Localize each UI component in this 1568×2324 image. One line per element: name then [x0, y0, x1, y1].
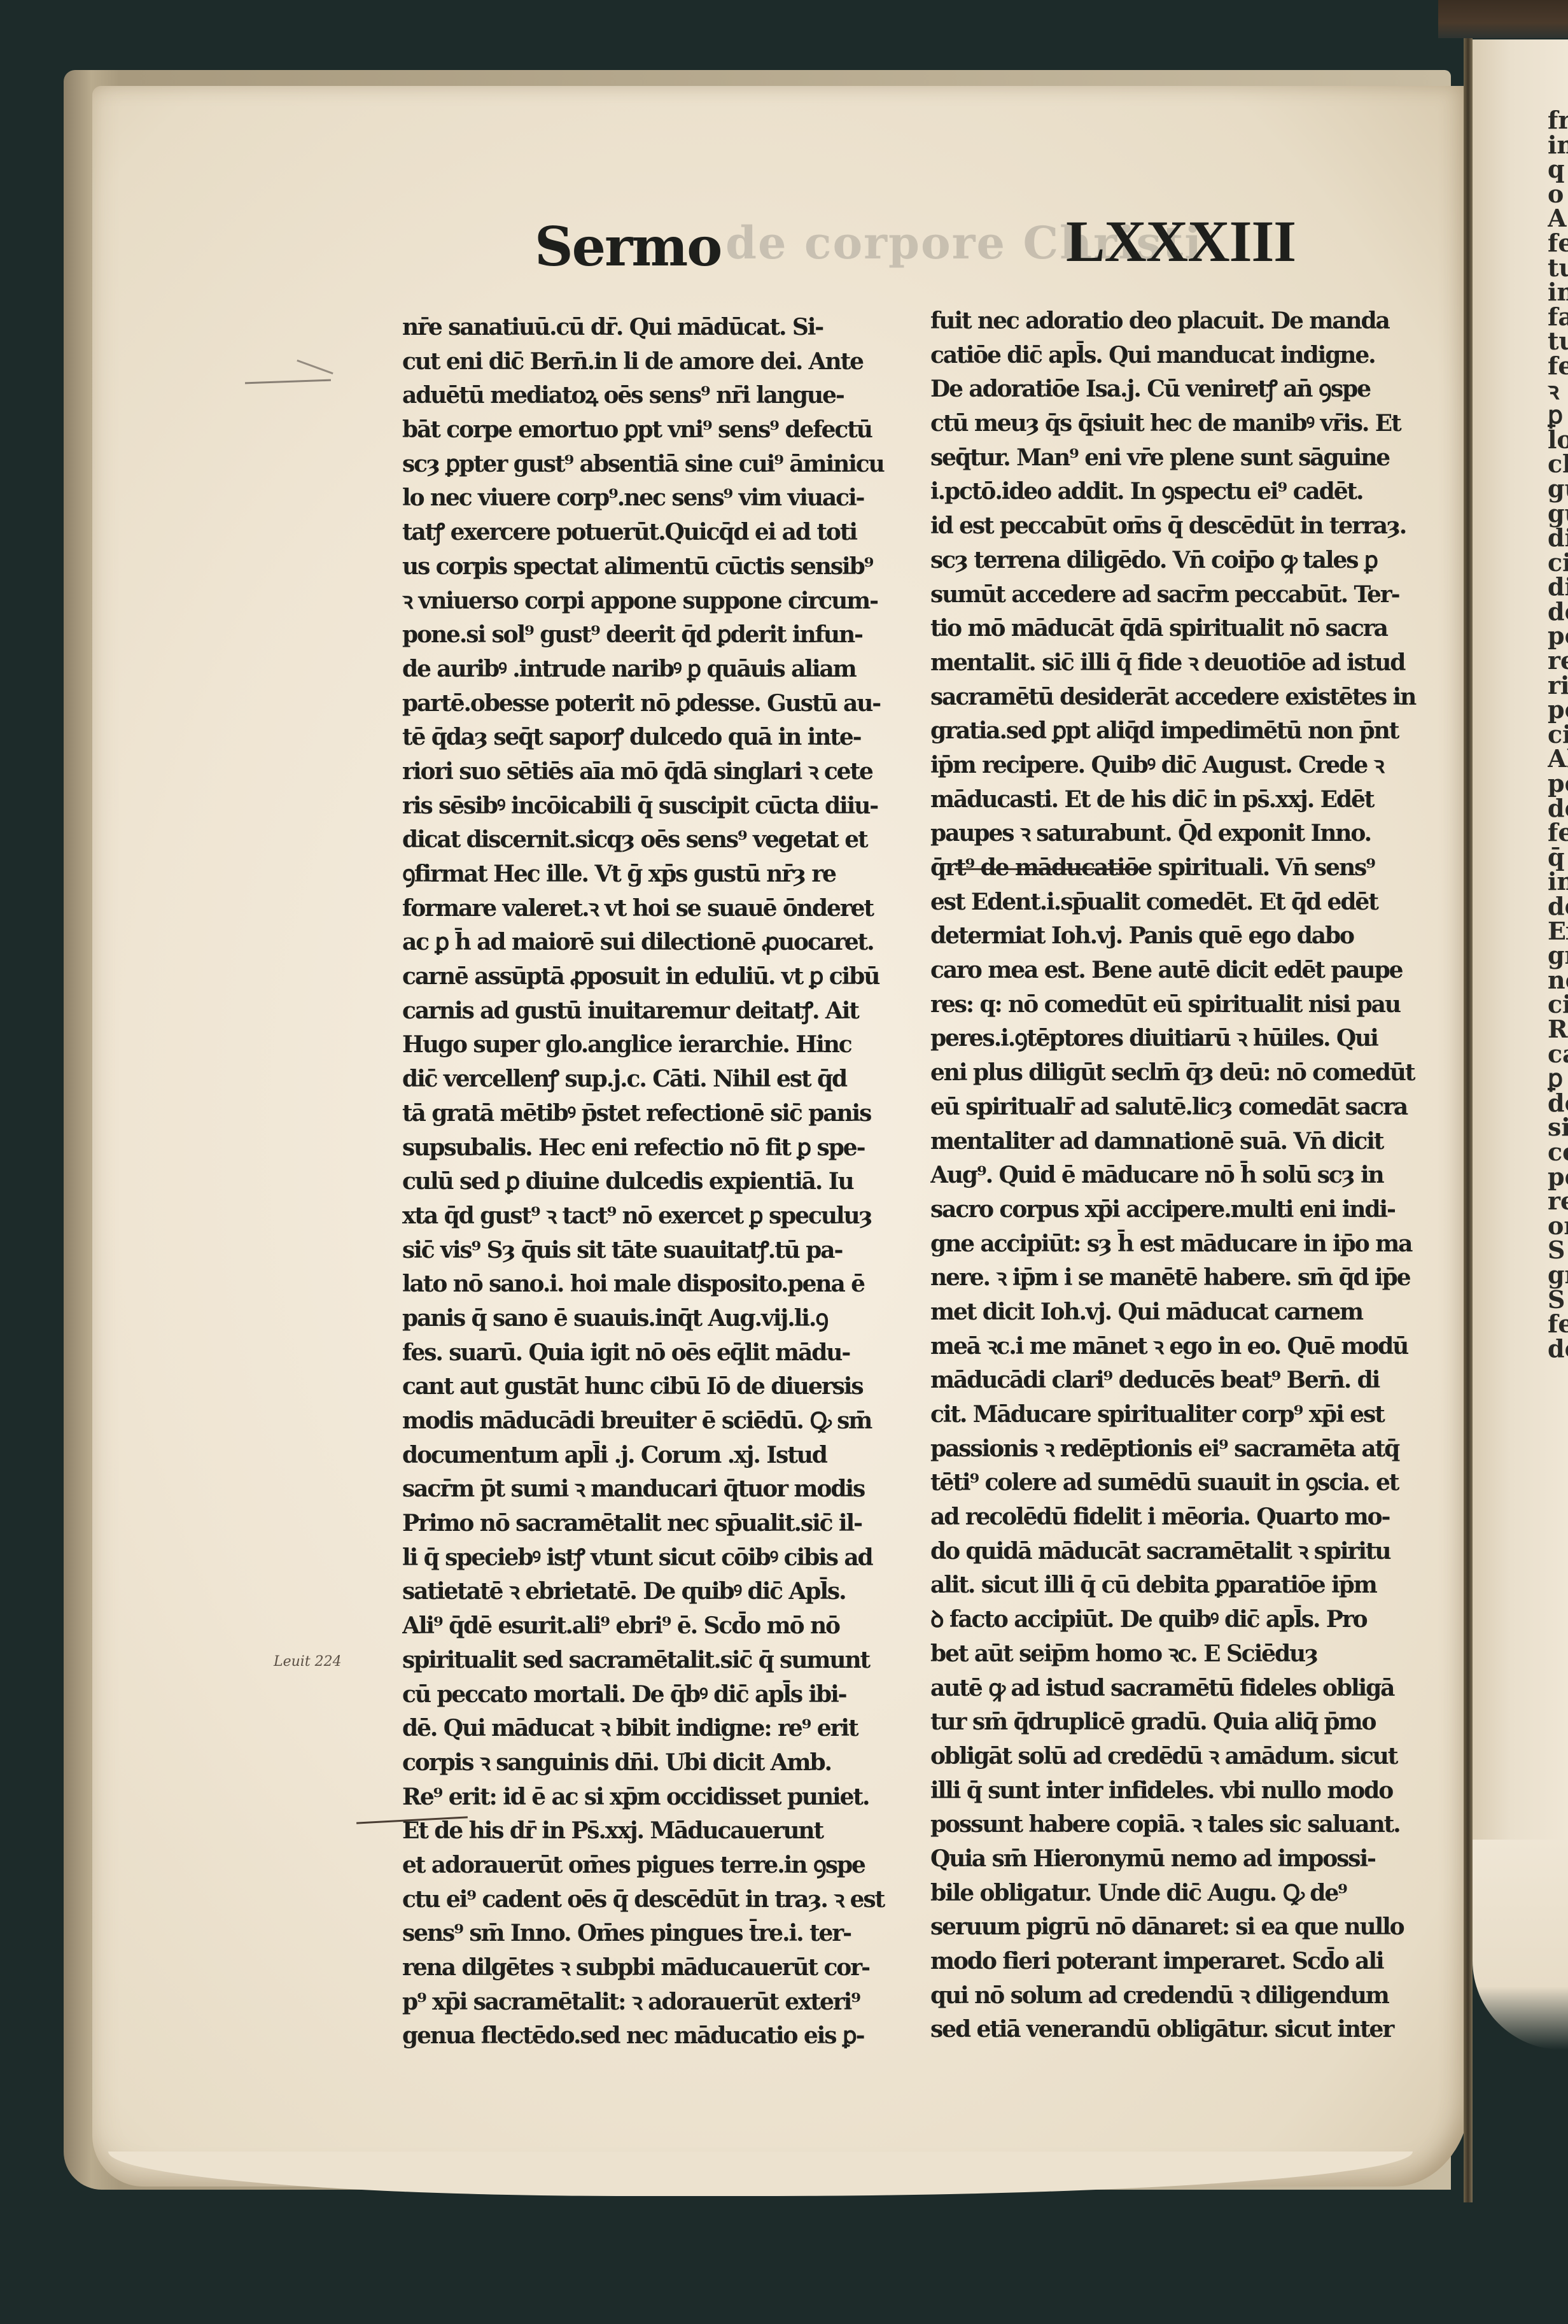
text-line: ad recolēdū fidelit i mēoria. Quarto mo- — [930, 1500, 1433, 1535]
text-line: p⁹ xp̄i sacramētalit: ꝛ adorauerūt exter… — [402, 1985, 905, 2020]
text-line: us corpis spectat alimentū cūctis sensib… — [402, 550, 905, 584]
text-line: sumūt accedere ad sacr̄m peccabūt. Ter- — [930, 578, 1433, 612]
facing-page-bottom — [1473, 1840, 1568, 2050]
text-line: māducādi clari⁹ deducēs beat⁹ Bern̄. di — [930, 1363, 1433, 1398]
text-line: aduētū mediatoꝝ oēs sens⁹ nr̄i langue- — [402, 379, 905, 413]
text-line: tatꝭ exercere potuerūt.Quicq̄d ei ad tot… — [402, 516, 905, 550]
text-line: sacro corpus xp̄i accipere.multi eni ind… — [930, 1193, 1433, 1227]
text-line: dē. Qui māducat ꝛ bibit indigne: re⁹ eri… — [402, 1712, 905, 1746]
running-title: Sermo — [535, 215, 721, 278]
text-line: Hugo super glo.anglice ierarchie. Hinc — [402, 1028, 905, 1062]
text-line: obligāt solū ad credēdū ꝛ amādum. sicut — [930, 1740, 1433, 1774]
text-line: corpis ꝛ sanguinis dn̄i. Ubi dicit Amb. — [402, 1746, 905, 1780]
text-line: formare valeret.ꝛ vt hoi se suauē ōndere… — [402, 892, 905, 926]
text-line: catiōe dic̄ apl̄s. Qui manducat indigne. — [930, 339, 1433, 373]
text-line: tur sm̄ q̄druplicē gradū. Quia aliq̄ p̄m… — [930, 1705, 1433, 1740]
text-line: fuit nec adoratio deo placuit. De manda — [930, 304, 1433, 339]
text-line: sic̄ vis⁹ Sȝ q̄uis sit tāte suauitatꝭ.tū… — [402, 1234, 905, 1268]
text-line: gratia.sed ꝑpt aliq̄d impedimētū non p̄n… — [930, 714, 1433, 749]
text-line: ꝛ vniuerso corpi appone suppone circum- — [402, 584, 905, 619]
text-line: Re⁹ erit: id ē ac si xp̄m occidisset pun… — [402, 1780, 905, 1815]
text-line: nr̄e sanatiuū.cū dr̄. Qui mādūcat. Si- — [402, 311, 905, 345]
text-line: supsubalis. Hec eni refectio nō fit ꝑ sp… — [402, 1131, 905, 1166]
text-line: est Edent.i.sp̄ualit comedēt. Et q̄d edē… — [930, 885, 1433, 920]
text-line: paupes ꝛ saturabunt. Q̄d exponit Inno. — [930, 817, 1433, 851]
text-line: culū sed ꝑ diuine dulcedis expientiā. Iu — [402, 1165, 905, 1199]
text-line: q̄rt⁹ de māducatiōe spirituali. Vn̄ sens… — [930, 851, 1433, 885]
text-line: sacr̄m p̄t sumi ꝛ manducari q̄tuor modis — [402, 1472, 905, 1507]
text-line: ris sēsibꝰ incōicabili q̄ suscipit cūcta… — [402, 789, 905, 824]
text-line: tio mō māducāt q̄dā spiritualit nō sacra — [930, 612, 1433, 646]
margin-annotation: Leuit 224 — [274, 1654, 342, 1670]
scan-stage: fr in q o A fe tu in fa tu fe ꝛ ꝑ lo ch … — [0, 0, 1568, 2324]
text-line: qui nō solum ad credendū ꝛ diligendum — [930, 1979, 1433, 2013]
text-line: Et de his dr̄ in Ps̄.xxj. Māducauerunt — [402, 1814, 905, 1849]
text-line: possunt habere copiā. ꝛ tales sic saluan… — [930, 1808, 1433, 1842]
text-line: ctū meuȝ q̄s q̄siuit hec de manibꝰ vr̄is… — [930, 407, 1433, 441]
text-line: bile obligatur. Unde dic̄ Augu. Ꝙ de⁹ — [930, 1877, 1433, 1911]
text-line: scȝ ꝑpter gust⁹ absentiā sine cui⁹ āmini… — [402, 447, 905, 482]
text-line: Quia sm̄ Hieronymū nemo ad impossi- — [930, 1842, 1433, 1877]
text-line: cit. Māducare spiritualiter corp⁹ xp̄i e… — [930, 1398, 1433, 1432]
text-line: id est peccabūt om̄s q̄ descēdūt in terr… — [930, 509, 1433, 544]
text-line: nere. ꝛ ip̄m i se manētē habere. sm̄ q̄d… — [930, 1261, 1433, 1295]
text-line: et adorauerūt om̄es pigues terre.in ꝯspe — [402, 1849, 905, 1883]
text-line: tēti⁹ colere ad sumēdū suauit in ꝯscia. … — [930, 1466, 1433, 1500]
book-gutter — [1464, 38, 1473, 2202]
folio-number: LXXXIII — [1066, 208, 1296, 275]
text-line: sacramētū desiderāt accedere existētes i… — [930, 680, 1433, 715]
text-line: autē ꝙ ad istud sacramētū fideles obligā — [930, 1672, 1433, 1706]
text-line: tē q̄daȝ seq̄t saporꝭ dulcedo quā in int… — [402, 721, 905, 755]
text-line: eni plus diligūt seclm̄ q̄ȝ deū: nō come… — [930, 1056, 1433, 1090]
text-line: ꝺ facto accipiūt. De quibꝰ dic̄ apl̄s. P… — [930, 1603, 1433, 1637]
text-line: xta q̄d gust⁹ ꝛ tact⁹ nō exercet ꝑ specu… — [402, 1199, 905, 1234]
text-line: ꝯfirmat Hec ille. Vt ḡ xp̄s gustū nr̄ȝ r… — [402, 857, 905, 892]
text-line: met dicit Ioh.vj. Qui māducat carnem — [930, 1295, 1433, 1330]
text-line: modo fieri poterant imperaret. Scd̄o ali — [930, 1945, 1433, 1979]
text-line: alit. sicut illi q̄ cū debita ꝑparatiōe … — [930, 1568, 1433, 1603]
text-line: meā ꝛc.i me mānet ꝛ ego in eo. Quē modū — [930, 1330, 1433, 1364]
text-line: seruum pigrū nō dānaret: si ea que nullo — [930, 1910, 1433, 1945]
text-line: partē.obesse poterit nō ꝑdesse. Gustū au… — [402, 687, 905, 721]
text-line: genua flectēdo.sed nec māducatio eis ꝑ- — [402, 2019, 905, 2053]
text-line: carnē assūptā ꝓposuit in eduliū. vt ꝑ ci… — [402, 960, 905, 994]
text-line: bāt corpe emortuo ꝑpt vni⁹ sens⁹ defectū — [402, 413, 905, 447]
text-line: Ali⁹ q̄dē esurit.ali⁹ ebri⁹ ē. Scd̄o mō … — [402, 1609, 905, 1644]
text-line: mentalit. sic̄ illi q̄ fide ꝛ deuotiōe a… — [930, 646, 1433, 680]
text-line: fes. suarū. Quia igit nō oēs eq̄lit mādu… — [402, 1336, 905, 1370]
text-line: de auribꝰ .intrude naribꝰ ꝑ quāuis aliam — [402, 652, 905, 687]
text-line: li q̄ speciebꝰ istꝭ vtunt sicut cōibꝰ ci… — [402, 1541, 905, 1575]
text-line: determiat Ioh.vj. Panis quē ego dabo — [930, 919, 1433, 954]
text-column-right: fuit nec adoratio deo placuit. De mandac… — [930, 304, 1433, 2047]
text-line: peres.i.ꝯtēptores diuitiarū ꝛ hūiles. Qu… — [930, 1022, 1433, 1056]
text-line: caro mea est. Bene autē dicit edēt paupe — [930, 954, 1433, 988]
text-line: riori suo sētiēs aīa mō q̄dā singlari ꝛ … — [402, 755, 905, 789]
text-line: cant aut gustāt hunc cibū Iō de diuersis — [402, 1370, 905, 1404]
facing-page-text-fragments: fr in q o A fe tu in fa tu fe ꝛ ꝑ lo ch … — [1548, 108, 1568, 1361]
text-line: tā gratā mētibꝰ p̄stet refectionē sic̄ p… — [402, 1097, 905, 1131]
text-line: sens⁹ sm̄ Inno. Om̄es pingues t̄re.i. te… — [402, 1917, 905, 1951]
text-line: cū peccato mortali. De q̄bꝰ dic̄ apl̄s i… — [402, 1678, 905, 1712]
text-line: illi q̄ sunt inter infideles. vbi nullo … — [930, 1774, 1433, 1808]
text-line: ac ꝑ h̄ ad maiorē sui dilectionē ꝓuocare… — [402, 926, 905, 960]
text-line: Aug⁹. Quid ē māducare nō h̄ solū scȝ in — [930, 1158, 1433, 1193]
text-line: ip̄m recipere. Quibꝰ dic̄ August. Crede … — [930, 749, 1433, 783]
text-line: i.pctō.ideo addit. In ꝯspectu ei⁹ cadēt. — [930, 475, 1433, 509]
text-line: pone.si sol⁹ gust⁹ deerit q̄d ꝑderit inf… — [402, 618, 905, 652]
text-column-left: nr̄e sanatiuū.cū dr̄. Qui mādūcat. Si-cu… — [402, 311, 905, 2053]
text-line: mentaliter ad damnationē suā. Vn̄ dicit — [930, 1125, 1433, 1159]
text-line: sed etiā venerandū obligātur. sicut inte… — [930, 2013, 1433, 2047]
text-line: rena dilgētes ꝛ subpbi māducauerūt cor- — [402, 1951, 905, 1985]
text-line: De adoratiōe Isa.j. Cū veniretꝭ an̄ ꝯspe — [930, 372, 1433, 407]
text-line: dic̄ vercellenꝭ sup.j.c. Cāti. Nihil est… — [402, 1062, 905, 1097]
text-line: lo nec viuere corp⁹.nec sens⁹ vim viuaci… — [402, 481, 905, 516]
text-line: ctu ei⁹ cadent oēs q̄ descēdūt in traȝ. … — [402, 1883, 905, 1917]
text-line: modis māducādi breuiter ē sciēdū. Ꝙ sm̄ — [402, 1404, 905, 1439]
text-line: documentum apl̄i .j. Corum .xj. Istud — [402, 1439, 905, 1473]
text-line: panis q̄ sano ē suauis.inq̄t Aug.vij.li.… — [402, 1302, 905, 1336]
text-line: res: q: nō comedūt eū spiritualit nisi p… — [930, 988, 1433, 1022]
text-line: dicat discernit.sicqȝ oēs sens⁹ vegetat … — [402, 823, 905, 857]
text-line: seq̄tur. Man⁹ eni vr̄e plene sunt sāguin… — [930, 441, 1433, 475]
text-line: spiritualit sed sacramētalit.sic̄ q̄ sum… — [402, 1644, 905, 1678]
text-line: gne accipiūt: sȝ h̄ est māducare in ip̄o… — [930, 1227, 1433, 1262]
running-head: Sermo de corpore Christi LXXXIII — [0, 202, 1568, 285]
book-cover-edge — [1438, 0, 1568, 38]
text-line: do quidā māducāt sacramētalit ꝛ spiritu — [930, 1535, 1433, 1569]
text-line: scȝ terrena diligēdo. Vn̄ coip̄o ꝙ tales… — [930, 544, 1433, 578]
text-line: satietatē ꝛ ebrietatē. De quibꝰ dic̄ Apl… — [402, 1575, 905, 1609]
text-line: eū spiritualr̄ ad salutē.licȝ comedāt sa… — [930, 1090, 1433, 1125]
text-line: Primo nō sacramētalit nec sp̄ualit.sic̄ … — [402, 1507, 905, 1541]
text-line: lato nō sano.i. hoi male disposito.pena … — [402, 1267, 905, 1302]
text-line: passionis ꝛ redēptionis ei⁹ sacramēta at… — [930, 1432, 1433, 1467]
text-line: māducasti. Et de his dic̄ in ps̄.xxj. Ed… — [930, 783, 1433, 817]
text-line: bet aūt seip̄m homo ꝛc. E Sciēduȝ — [930, 1637, 1433, 1672]
text-line: cut eni dic̄ Bern̄.in li de amore dei. A… — [402, 345, 905, 379]
text-line: carnis ad gustū inuitaremur deitatꝭ. Ait — [402, 994, 905, 1029]
